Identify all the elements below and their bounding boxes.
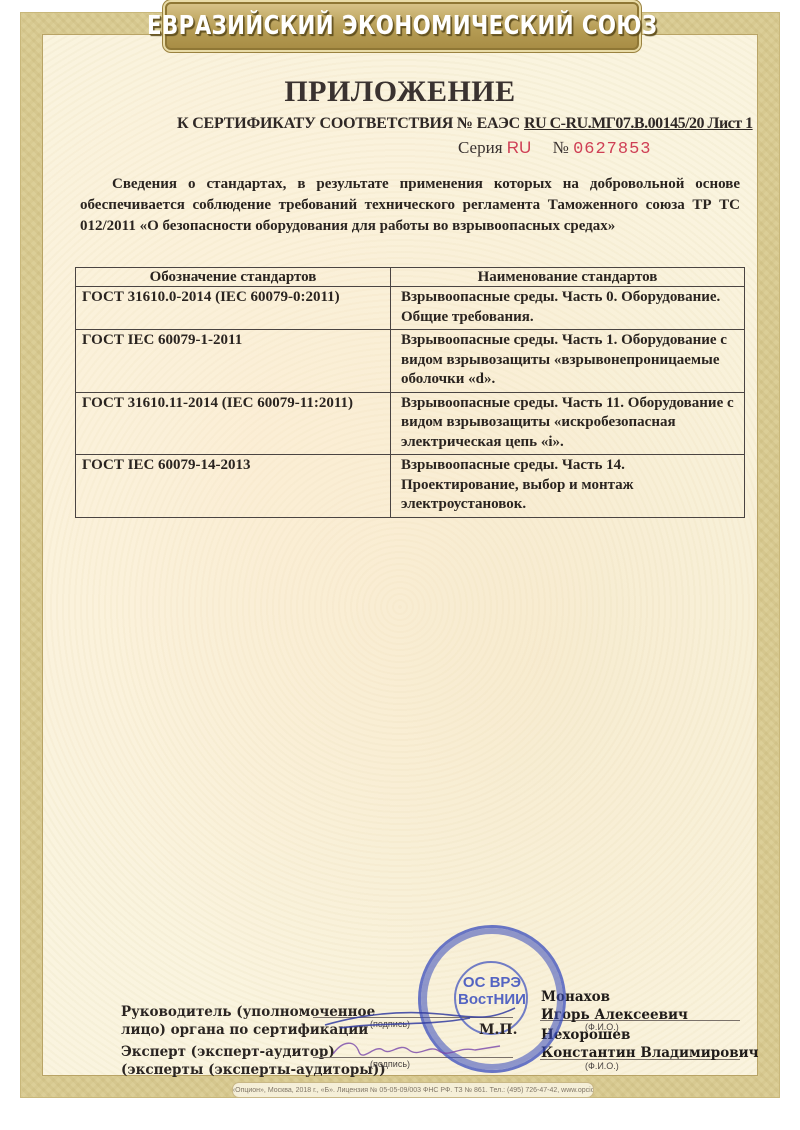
serial-number-label: № [553, 138, 569, 157]
standard-name: Взрывоопасные среды. Часть 14. Проектиро… [391, 455, 745, 518]
head-signature-caption: (подпись) [370, 1019, 410, 1029]
standard-designation: ГОСТ IEC 60079-14-2013 [76, 455, 391, 518]
standard-name: Взрывоопасные среды. Часть 0. Оборудован… [391, 287, 745, 330]
stamp-place-mark: М.П. [479, 1022, 517, 1038]
certificate-reference: К СЕРТИФИКАТУ СООТВЕТСТВИЯ № ЕАЭСRU C-RU… [177, 115, 753, 133]
union-banner: ЕВРАЗИЙСКИЙ ЭКОНОМИЧЕСКИЙ СОЮЗ [165, 2, 639, 50]
header-name: Наименование стандартов [391, 268, 745, 287]
series-line: Серия RU № 0627853 [458, 138, 651, 159]
expert-surname: Нехорошев [541, 1026, 758, 1044]
table-row: ГОСТ IEC 60079-14-2013 Взрывоопасные сре… [76, 455, 745, 518]
table-row: ГОСТ IEC 60079-1-2011 Взрывоопасные сред… [76, 330, 745, 393]
standard-name: Взрывоопасные среды. Часть 1. Оборудован… [391, 330, 745, 393]
standard-name: Взрывоопасные среды. Часть 11. Оборудова… [391, 392, 745, 455]
expert-name: Нехорошев Константин Владимирович [541, 1026, 758, 1062]
expert-given-name: Константин Владимирович [541, 1044, 758, 1062]
stamp-text: ОС ВРЭ ВостНИИ [421, 974, 563, 1008]
expert-label: Эксперт (эксперт-аудитор) (эксперты (экс… [121, 1043, 386, 1079]
stamp-line2: ВостНИИ [421, 991, 563, 1008]
stamp-line1: ОС ВРЭ [421, 974, 563, 991]
head-label-line1: Руководитель (уполномоченное [121, 1003, 375, 1021]
certificate-number: RU C-RU.МГ07.В.00145/20 Лист 1 [524, 115, 753, 132]
printer-imprint: АО «Опцион», Москва, 2018 г., «Б». Лицен… [232, 1082, 594, 1098]
intro-paragraph: Сведения о стандартах, в результате прим… [80, 174, 740, 237]
expert-label-line1: Эксперт (эксперт-аудитор) [121, 1043, 386, 1061]
page-title: ПРИЛОЖЕНИЕ [0, 75, 800, 109]
head-label-line2: лицо) органа по сертификации [121, 1021, 375, 1039]
expert-signature-caption: (подпись) [370, 1059, 410, 1069]
head-label: Руководитель (уполномоченное лицо) орган… [121, 1003, 375, 1039]
official-stamp: ОС ВРЭ ВостНИИ [418, 925, 566, 1073]
table-row: ГОСТ 31610.0-2014 (IEC 60079-0:2011) Взр… [76, 287, 745, 330]
serial-number: 0627853 [573, 140, 651, 159]
table-row: ГОСТ 31610.11-2014 (IEC 60079-11:2011) В… [76, 392, 745, 455]
union-banner-text: ЕВРАЗИЙСКИЙ ЭКОНОМИЧЕСКИЙ СОЮЗ [147, 11, 657, 41]
standard-designation: ГОСТ 31610.11-2014 (IEC 60079-11:2011) [76, 392, 391, 455]
series-label: Серия [458, 138, 503, 157]
standards-table: Обозначение стандартов Наименование стан… [75, 267, 745, 518]
certificate-prefix: К СЕРТИФИКАТУ СООТВЕТСТВИЯ № ЕАЭС [177, 115, 520, 132]
expert-fio-caption: (Ф.И.О.) [585, 1061, 619, 1071]
standard-designation: ГОСТ IEC 60079-1-2011 [76, 330, 391, 393]
header-designation: Обозначение стандартов [76, 268, 391, 287]
expert-label-line2: (эксперты (эксперты-аудиторы)) [121, 1061, 386, 1079]
table-header-row: Обозначение стандартов Наименование стан… [76, 268, 745, 287]
standard-designation: ГОСТ 31610.0-2014 (IEC 60079-0:2011) [76, 287, 391, 330]
intro-text: Сведения о стандартах, в результате прим… [80, 174, 740, 237]
series-value: RU [507, 138, 532, 157]
